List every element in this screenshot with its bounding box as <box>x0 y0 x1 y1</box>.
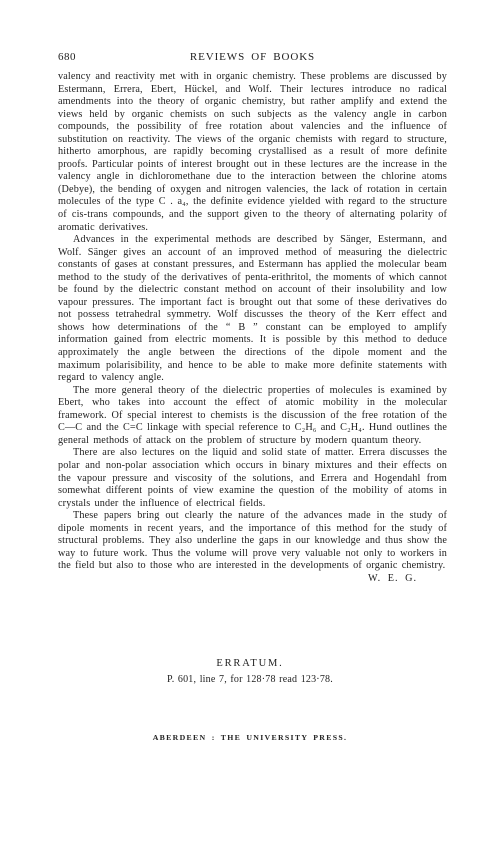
scanned-page: 680 REVIEWS OF BOOKS valency and reactiv… <box>0 0 500 841</box>
review-paragraph: There are also lectures on the liquid an… <box>58 447 447 510</box>
review-paragraph: The more general theory of the dielectri… <box>58 385 447 448</box>
review-body: valency and reactivity met with in organ… <box>58 71 447 585</box>
erratum-heading: ERRATUM. <box>0 658 500 669</box>
erratum-section: ERRATUM. P. 601, line 7, for 128·78 read… <box>0 658 500 685</box>
reviewer-initials: W. E. G. <box>58 573 447 586</box>
review-paragraph: Advances in the experimental methods are… <box>58 234 447 385</box>
page-number: 680 <box>58 51 76 63</box>
review-paragraph: These papers bring out clearly the natur… <box>58 510 447 573</box>
publisher-imprint: ABERDEEN : THE UNIVERSITY PRESS. <box>0 733 500 742</box>
page-header-title: REVIEWS OF BOOKS <box>58 51 447 63</box>
page-header: 680 REVIEWS OF BOOKS <box>58 51 447 65</box>
erratum-text: P. 601, line 7, for 128·78 read 123·78. <box>0 674 500 685</box>
review-paragraph: valency and reactivity met with in organ… <box>58 71 447 234</box>
